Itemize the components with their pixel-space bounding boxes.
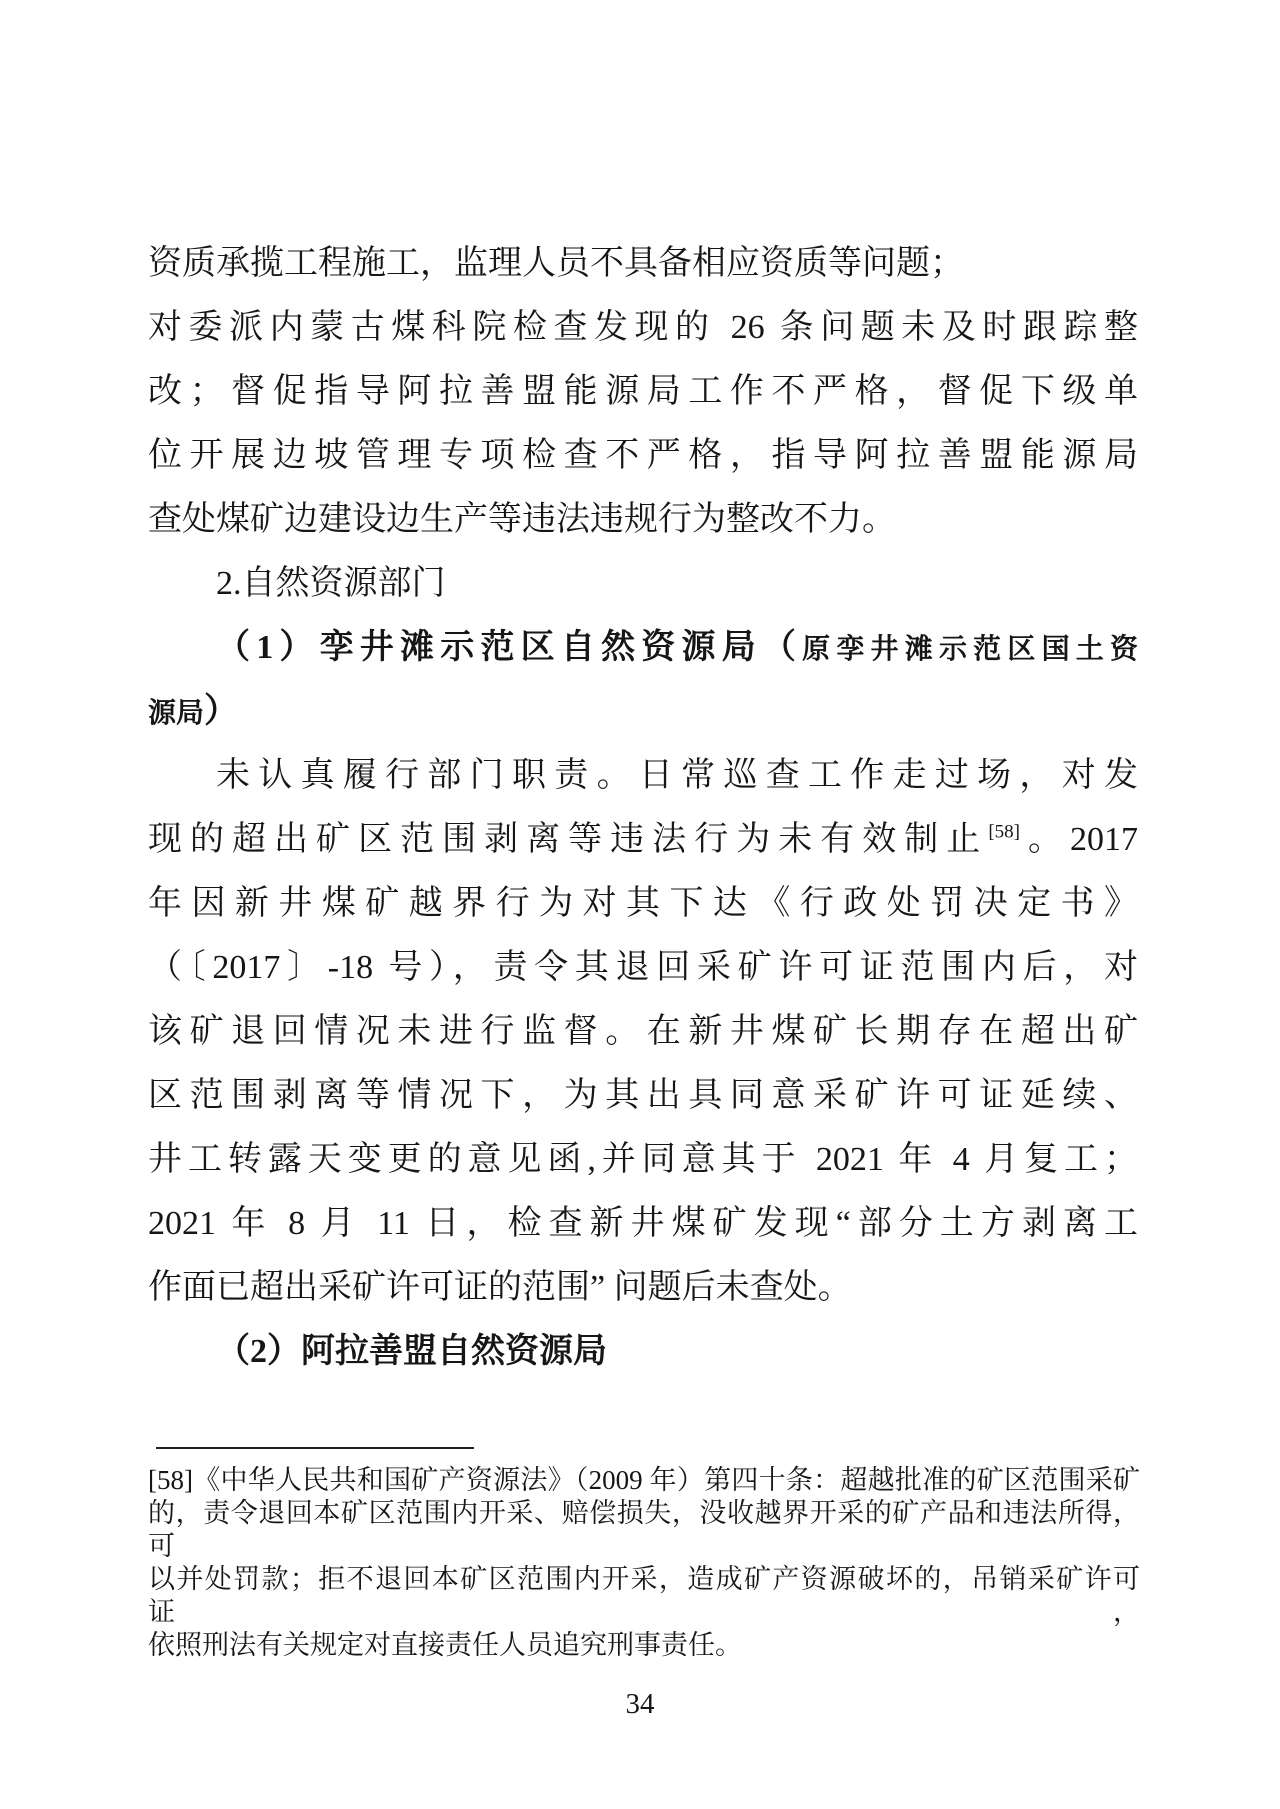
body-line-18: （2）阿拉善盟自然资源局 — [148, 1320, 1138, 1384]
footnote-line-3: 以并处罚款；拒不退回本矿区范围内开采，造成矿产资源破坏的，吊销采矿许可证， — [148, 1563, 1140, 1629]
text-segment: （〔2017〕-18 号），责令其退回采矿许可证范围内后，对 — [148, 949, 1138, 986]
body-line-16: 2021 年 8 月 11 日，检查新井煤矿发现“部分土方剥离工 — [148, 1192, 1138, 1256]
text-segment: 位开展边坡管理专项检查不严格，指导阿拉善盟能源局 — [148, 437, 1138, 474]
text-segment: 查处煤矿边建设边生产等违法违规行为整改不力。 — [148, 501, 896, 538]
body-line-17: 作面已超出采矿许可证的范围” 问题后未查处。 — [148, 1256, 1138, 1320]
body-line-7: （1）孪井滩示范区自然资源局（原孪井滩示范区国土资 — [148, 616, 1138, 680]
text-segment: 。2017 — [1020, 821, 1138, 858]
text-segment: 改；督促指导阿拉善盟能源局工作不严格，督促下级单 — [148, 373, 1138, 410]
body-text-block: 资质承揽工程施工，监理人员不具备相应资质等问题；对委派内蒙古煤科院检查发现的 2… — [148, 232, 1138, 1384]
body-line-10: 现的超出矿区范围剥离等违法行为未有效制止[58]。2017 — [148, 808, 1138, 872]
text-segment: 未认真履行部门职责。日常巡查工作走过场，对发 — [216, 757, 1138, 794]
text-segment: 年因新井煤矿越界行为对其下达《行政处罚决定书》 — [148, 885, 1138, 922]
text-segment: 2021 年 8 月 11 日，检查新井煤矿发现“部分土方剥离工 — [148, 1205, 1138, 1242]
body-line-14: 区范围剥离等情况下，为其出具同意采矿许可证延续、 — [148, 1064, 1138, 1128]
footnote-line-2: 的，责令退回本矿区范围内开采、赔偿损失，没收越界开采的矿产品和违法所得，可 — [148, 1497, 1140, 1563]
body-line-4: 位开展边坡管理专项检查不严格，指导阿拉善盟能源局 — [148, 424, 1138, 488]
footnote-line-1: [58]《中华人民共和国矿产资源法》（2009 年）第四十条：超越批准的矿区范围… — [148, 1464, 1140, 1497]
body-line-8: 源局） — [148, 680, 1138, 744]
footnote-ref-58: [58] — [988, 822, 1020, 843]
body-line-9: 未认真履行部门职责。日常巡查工作走过场，对发 — [148, 744, 1138, 808]
text-segment: 源局 — [148, 698, 204, 729]
body-line-3: 改；督促指导阿拉善盟能源局工作不严格，督促下级单 — [148, 360, 1138, 424]
text-segment: 原孪井滩示范区国土资 — [802, 634, 1138, 665]
footnote-separator — [156, 1447, 474, 1449]
text-segment: 的，责令退回本矿区范围内开采、赔偿损失，没收越界开采的矿产品和违法所得，可 — [148, 1498, 1140, 1561]
text-segment: 区范围剥离等情况下，为其出具同意采矿许可证延续、 — [148, 1077, 1138, 1114]
body-line-5: 查处煤矿边建设边生产等违法违规行为整改不力。 — [148, 488, 1138, 552]
body-line-6: 2.自然资源部门 — [148, 552, 1138, 616]
text-segment: 资质承揽工程施工，监理人员不具备相应资质等问题； — [148, 245, 964, 282]
body-line-11: 年因新井煤矿越界行为对其下达《行政处罚决定书》 — [148, 872, 1138, 936]
body-line-1: 资质承揽工程施工，监理人员不具备相应资质等问题； — [148, 232, 1138, 296]
text-segment: 对委派内蒙古煤科院检查发现的 26 条问题未及时跟踪整 — [148, 309, 1138, 346]
text-segment: 现的超出矿区范围剥离等违法行为未有效制止 — [148, 821, 988, 858]
text-segment: （1）孪井滩示范区自然资源局（ — [216, 629, 802, 666]
document-page: 资质承揽工程施工，监理人员不具备相应资质等问题；对委派内蒙古煤科院检查发现的 2… — [0, 0, 1280, 1809]
text-segment: 该矿退回情况未进行监督。在新井煤矿长期存在超出矿 — [148, 1013, 1138, 1050]
body-line-15: 井工转露天变更的意见函,并同意其于 2021 年 4 月复工； — [148, 1128, 1138, 1192]
text-segment: 依照刑法有关规定对直接责任人员追究刑事责任。 — [148, 1630, 742, 1660]
text-segment: 以并处罚款；拒不退回本矿区范围内开采，造成矿产资源破坏的，吊销采矿许可证， — [148, 1564, 1140, 1627]
page-number: 34 — [0, 1688, 1280, 1721]
body-line-12: （〔2017〕-18 号），责令其退回采矿许可证范围内后，对 — [148, 936, 1138, 1000]
body-line-13: 该矿退回情况未进行监督。在新井煤矿长期存在超出矿 — [148, 1000, 1138, 1064]
footnote-block: [58]《中华人民共和国矿产资源法》（2009 年）第四十条：超越批准的矿区范围… — [148, 1464, 1140, 1662]
text-segment: [58]《中华人民共和国矿产资源法》（2009 年）第四十条：超越批准的矿区范围… — [148, 1465, 1140, 1495]
footnote-line-4: 依照刑法有关规定对直接责任人员追究刑事责任。 — [148, 1629, 1140, 1662]
text-segment: （2）阿拉善盟自然资源局 — [216, 1333, 607, 1370]
body-line-2: 对委派内蒙古煤科院检查发现的 26 条问题未及时跟踪整 — [148, 296, 1138, 360]
text-segment: 2.自然资源部门 — [216, 565, 446, 602]
text-segment: ） — [204, 693, 238, 730]
text-segment: 作面已超出采矿许可证的范围” 问题后未查处。 — [148, 1269, 852, 1306]
text-segment: 井工转露天变更的意见函,并同意其于 2021 年 4 月复工； — [148, 1141, 1138, 1178]
